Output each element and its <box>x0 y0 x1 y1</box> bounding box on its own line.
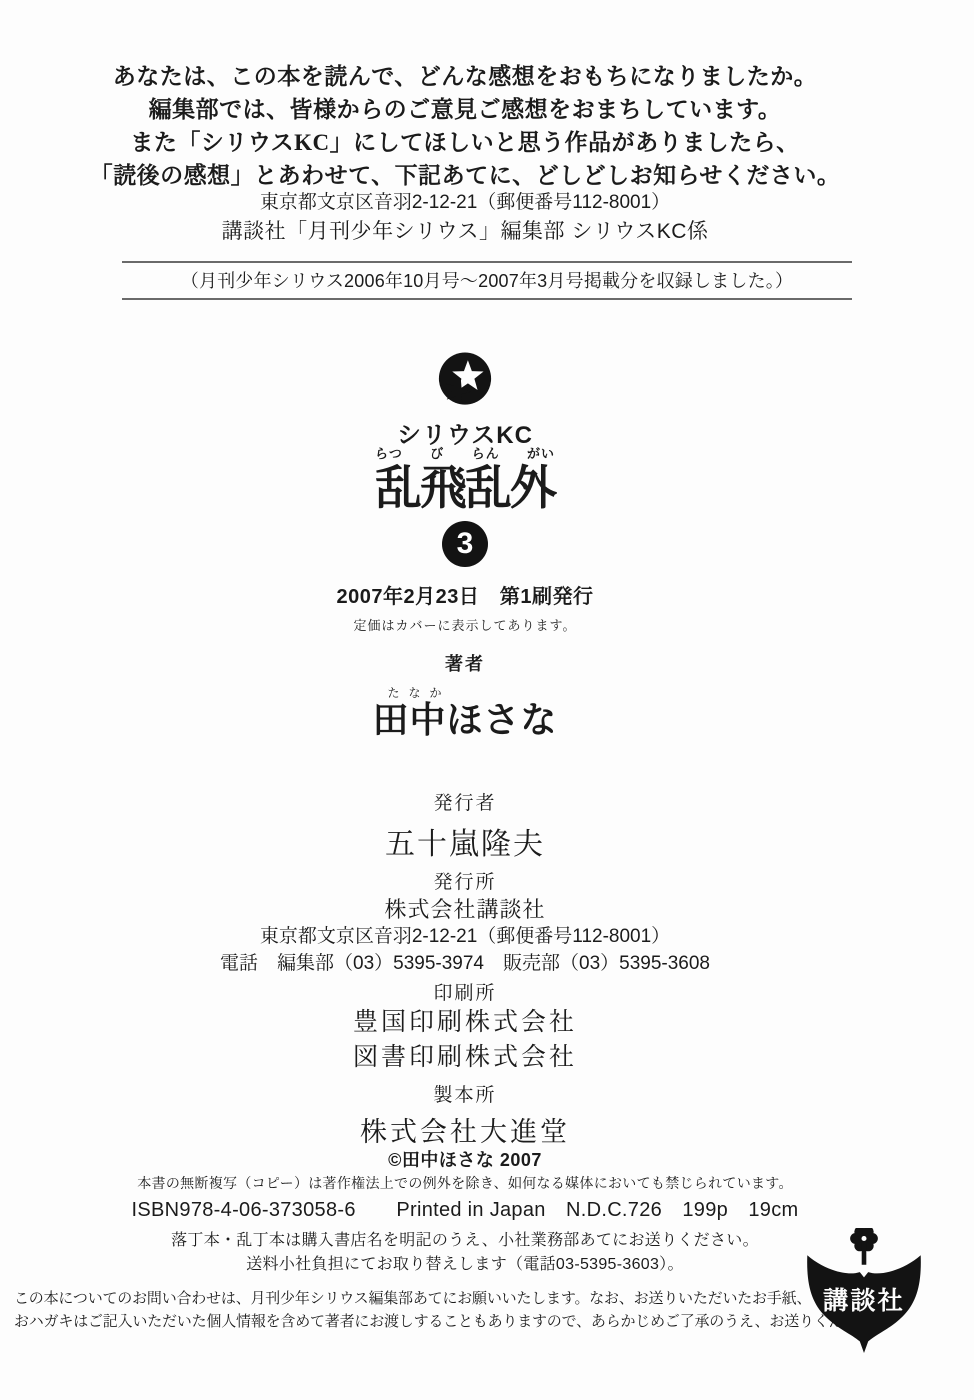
publisher-person-label: 発行者 <box>0 788 930 815</box>
editorial-address: 東京都文京区音羽2-12-21（郵便番号112-8001） <box>0 190 930 216</box>
serialization-note-box: （月刊少年シリウス2006年10月号～2007年3月号掲載分を収録しました。） <box>122 261 852 300</box>
kodansha-logo-text: 講談社 <box>823 1287 905 1315</box>
edition-block: 2007年2月23日 第1刷発行 定価はカバーに表示してあります。 <box>0 580 930 634</box>
reader-feedback-paragraph: あなたは、この本を読んで、どんな感想をおもちになりましたか。 編集部では、皆様か… <box>0 60 930 192</box>
furigana-group: らん <box>472 443 500 462</box>
binder-label: 製本所 <box>0 1080 930 1107</box>
publisher-block: 発行所 株式会社講談社 東京都文京区音羽2-12-21（郵便番号112-8001… <box>0 870 930 976</box>
binder-block: 製本所 株式会社大進堂 <box>0 1080 930 1149</box>
rights-notice: 本書の無断複写（コピー）は著作権法上での例外を除き、如何なる媒体においても禁じら… <box>0 1173 930 1193</box>
printer-block: 印刷所 豊国印刷株式会社 図書印刷株式会社 <box>0 978 930 1075</box>
kodansha-logo: 講談社 <box>798 1228 930 1354</box>
colophon-page: あなたは、この本を読んで、どんな感想をおもちになりましたか。 編集部では、皆様か… <box>0 0 974 1400</box>
edition-date: 2007年2月23日 第1刷発行 <box>0 580 930 609</box>
binder-name: 株式会社大進堂 <box>0 1110 930 1149</box>
author-label: 著者 <box>0 650 930 676</box>
returns-line: 送料小社負担にてお取り替えします（電話03-5395-3603）。 <box>0 1253 930 1277</box>
publisher-person-block: 発行者 五十嵐隆夫 <box>0 788 930 863</box>
book-title: 乱飛乱外 <box>0 462 930 514</box>
author-block: 著者 たなか 田中ほさな <box>0 650 930 739</box>
feedback-line: あなたは、この本を読んで、どんな感想をおもちになりましたか。 <box>0 60 930 93</box>
isbn-line: ISBN978-4-06-373058-6 Printed in Japan N… <box>0 1193 930 1222</box>
furigana-group: らつ <box>375 443 403 462</box>
feedback-line: 「読後の感想」とあわせて、下記あてに、どしどしお知らせください。 <box>0 159 930 192</box>
price-note: 定価はカバーに表示してあります。 <box>0 615 930 634</box>
author-name: 田中ほさな <box>0 701 930 739</box>
feedback-line: 編集部では、皆様からのご意見ご感想をおまちしています。 <box>0 93 930 126</box>
furigana-group: がい <box>527 443 555 462</box>
publisher-address: 東京都文京区音羽2-12-21（郵便番号112-8001） <box>0 924 930 949</box>
printer-label: 印刷所 <box>0 978 930 1005</box>
book-title-block: らつ び らん がい 乱飛乱外 <box>0 443 930 514</box>
publisher-name: 株式会社講談社 <box>0 897 930 922</box>
feedback-line: また「シリウスKC」にしてほしいと思う作品がありましたら、 <box>0 126 930 159</box>
imprint-block: シリウスKC <box>0 352 930 450</box>
serialization-note: （月刊少年シリウス2006年10月号～2007年3月号掲載分を収録しました。） <box>122 267 852 293</box>
volume-number-badge: 3 <box>442 521 488 567</box>
editorial-address-block: 東京都文京区音羽2-12-21（郵便番号112-8001） 講談社「月刊少年シリ… <box>0 190 930 247</box>
author-furigana: たなか <box>0 684 884 701</box>
publisher-label: 発行所 <box>0 870 930 895</box>
printer-name: 図書印刷株式会社 <box>0 1040 930 1075</box>
flower-icon <box>850 1228 878 1265</box>
editorial-department: 講談社「月刊少年シリウス」編集部 シリウスKC係 <box>0 216 930 247</box>
printer-name: 豊国印刷株式会社 <box>0 1005 930 1040</box>
publisher-person-name: 五十嵐隆夫 <box>0 819 930 863</box>
furigana-group: び <box>430 443 444 462</box>
copyright-line: ©田中ほさな 2007 <box>0 1146 930 1172</box>
sirius-star-icon <box>436 352 494 409</box>
returns-notice-block: 落丁本・乱丁本は購入書店名を明記のうえ、小社業務部あてにお送りください。 送料小… <box>0 1229 930 1277</box>
publisher-phone: 電話 編集部（03）5395-3974 販売部（03）5395-3608 <box>0 951 930 976</box>
title-furigana: らつ び らん がい <box>375 443 555 462</box>
returns-line: 落丁本・乱丁本は購入書店名を明記のうえ、小社業務部あてにお送りください。 <box>0 1229 930 1253</box>
